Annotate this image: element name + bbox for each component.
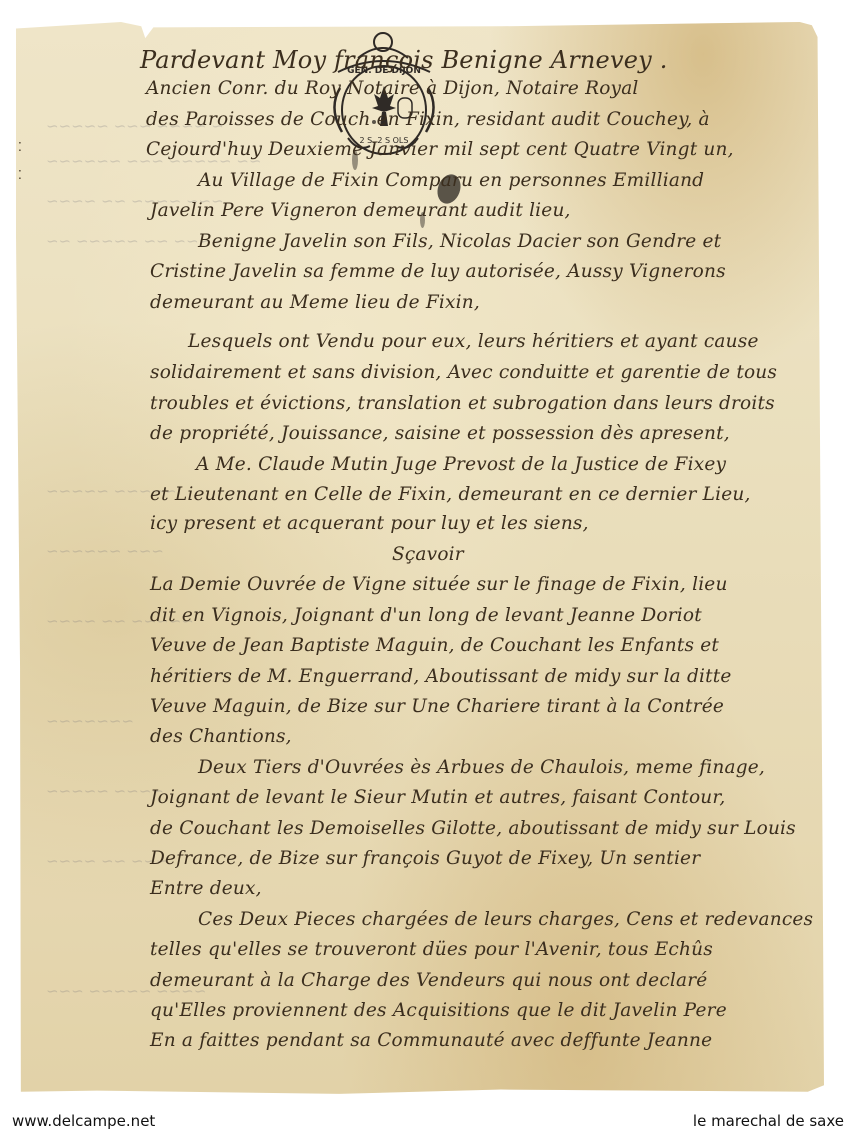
handwritten-line: héritiers de M. Enguerrand, Aboutissant … <box>150 666 732 687</box>
handwritten-line: Javelin Pere Vigneron demeurant audit li… <box>150 200 571 221</box>
handwritten-line: Entre deux, <box>150 878 262 899</box>
handwritten-line: Ancien Conr. du Roy Notaire à Dijon, Not… <box>146 78 639 99</box>
handwritten-line: des Paroisses de Couch en Fixin, residan… <box>146 109 710 130</box>
ink-marks: ⁚ <box>18 168 22 182</box>
ink-marks: ⁚ <box>18 140 22 154</box>
handwritten-line: demeurant au Meme lieu de Fixin, <box>150 292 480 313</box>
handwritten-line: qu'Elles proviennent des Acquisitions qu… <box>150 1000 727 1021</box>
handwritten-line: troubles et évictions, translation et su… <box>150 393 775 414</box>
handwritten-line: demeurant à la Charge des Vendeurs qui n… <box>150 970 707 991</box>
handwritten-line: Veuve Maguin, de Bize sur Une Chariere t… <box>150 696 724 717</box>
handwritten-line: Sçavoir <box>392 544 464 565</box>
handwritten-line: de Couchant les Demoiselles Gilotte, abo… <box>150 818 796 839</box>
handwritten-line: En a faittes pendant sa Communauté avec … <box>150 1030 712 1051</box>
handwritten-line: et Lieutenant en Celle de Fixin, demeura… <box>150 484 751 505</box>
handwritten-line: A Me. Claude Mutin Juge Prevost de la Ju… <box>196 454 726 475</box>
handwritten-line: telles qu'elles se trouveront dües pour … <box>150 939 713 960</box>
bleed-through-text: ~~~ ~~~~~~ <box>46 542 164 560</box>
handwritten-line: La Demie Ouvrée de Vigne située sur le f… <box>150 574 728 595</box>
handwritten-line: Joignant de levant le Sieur Mutin et aut… <box>150 787 725 808</box>
footer-site-url[interactable]: www.delcampe.net <box>12 1112 155 1130</box>
bleed-through-text: ~~~~~~~ <box>46 712 134 730</box>
bleed-through-text: ~~~~ ~~~~~ <box>46 782 164 800</box>
handwritten-line: Ces Deux Pieces chargées de leurs charge… <box>198 909 813 930</box>
handwritten-line: Defrance, de Bize sur françois Guyot de … <box>150 848 700 869</box>
handwritten-line: icy present et acquerant pour luy et les… <box>150 513 589 534</box>
handwritten-line: solidairement et sans division, Avec con… <box>150 362 777 383</box>
handwritten-line: Cristine Javelin sa femme de luy autoris… <box>150 261 726 282</box>
handwritten-line: Pardevant Moy françois Benigne Arnevey . <box>140 46 668 74</box>
handwritten-line: dit en Vignois, Joignant d'un long de le… <box>150 605 702 626</box>
handwritten-line: Au Village de Fixin Comparu en personnes… <box>198 170 704 191</box>
handwritten-line: Lesquels ont Vendu pour eux, leurs hérit… <box>188 331 759 352</box>
handwritten-line: Deux Tiers d'Ouvrées ès Arbues de Chaulo… <box>198 757 765 778</box>
footer-seller-name: le marechal de saxe <box>693 1112 844 1130</box>
handwritten-line: des Chantions, <box>150 726 292 747</box>
handwritten-line: Benigne Javelin son Fils, Nicolas Dacier… <box>198 231 721 252</box>
handwritten-line: Cejourd'huy Deuxieme Janvier mil sept ce… <box>146 139 734 160</box>
handwritten-line: Veuve de Jean Baptiste Maguin, de Coucha… <box>150 635 719 656</box>
handwritten-line: de propriété, Jouissance, saisine et pos… <box>150 423 730 444</box>
